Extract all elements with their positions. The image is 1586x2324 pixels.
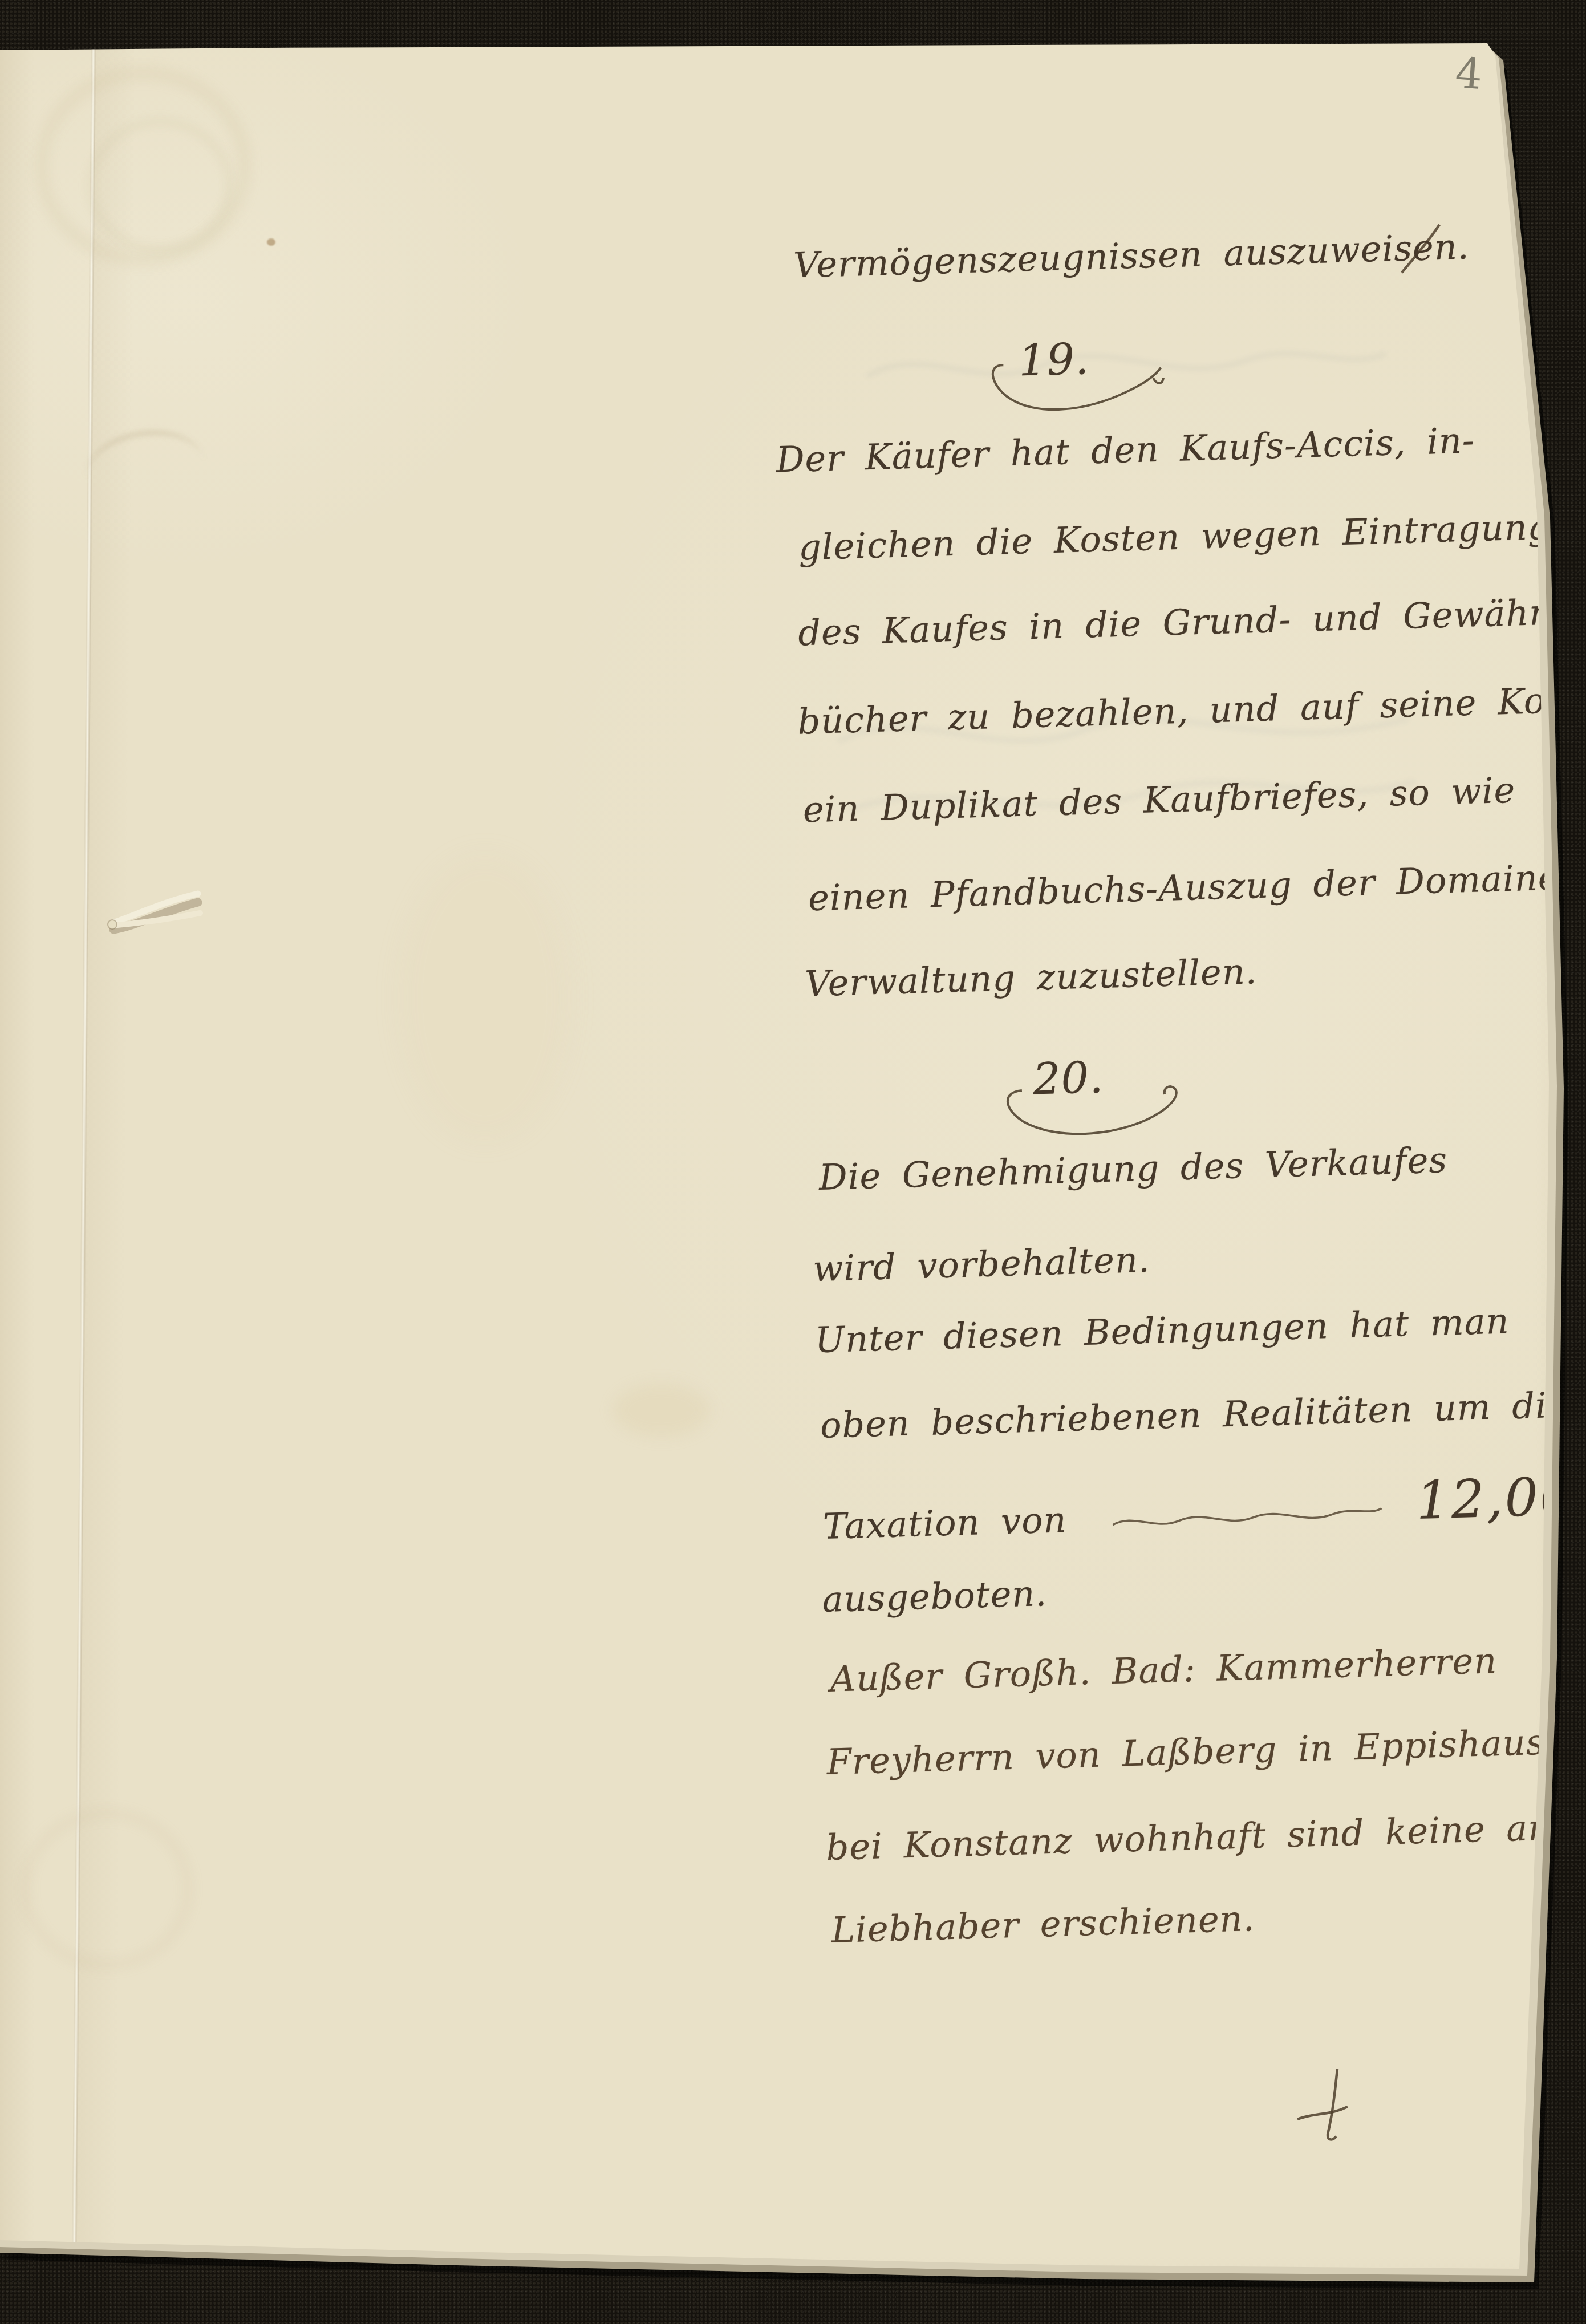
manuscript-line: Freyherrn von Laßberg in Eppishausen: [826, 1720, 1586, 1783]
manuscript-line: einen Pfandbuchs-Auszug der Domainen-: [808, 855, 1586, 919]
manuscript-line: Vermögenszeugnissen auszuweisen.: [793, 226, 1470, 286]
manuscript-line: oben beschriebenen Realitäten um die: [820, 1384, 1569, 1446]
section-heading-20: 20.: [1032, 1052, 1104, 1104]
water-stain-ring: [86, 117, 234, 254]
manuscript-line: Liebhaber erschienen.: [831, 1897, 1255, 1951]
amount-label: Taxation von: [822, 1499, 1067, 1547]
manuscript-line: Die Genehmigung des Verkaufes: [818, 1139, 1448, 1198]
binding-thread: [106, 887, 208, 961]
manuscript-line: wird vorbehalten.: [812, 1239, 1150, 1289]
ink-spot: [267, 238, 275, 246]
section-number: 20.: [1032, 1052, 1104, 1104]
manuscript-line: Verwaltung zuzustellen.: [804, 950, 1258, 1004]
manuscript-line: ausgeboten.: [822, 1572, 1048, 1620]
manuscript-text-column: Vermögenszeugnissen auszuweisen. 19. Der…: [764, 217, 1586, 2006]
manuscript-line: Der Käufer hat den Kaufs-Accis, in-: [776, 419, 1475, 480]
age-blotch: [399, 855, 570, 1141]
section-heading-19: 19.: [1018, 333, 1090, 386]
water-stain-ring: [20, 1808, 194, 1970]
manuscript-line: Außer Großh. Bad: Kammerherren: [830, 1640, 1498, 1700]
manuscript-line: gleichen die Kosten wegen Eintragung: [798, 506, 1551, 569]
manuscript-line: bei Konstanz wohnhaft sind keine andern: [826, 1804, 1586, 1868]
section-number: 19.: [1018, 333, 1090, 386]
manuscript-page: 4 Vermögenszeugnissen auszuweisen. 19. D…: [0, 0, 1586, 2324]
manuscript-line-amount: Taxation von 12,000 f.: [822, 1466, 1586, 1551]
filler-squiggle: [1110, 1498, 1384, 1537]
ink-flourish-mark: [1292, 2065, 1354, 2150]
manuscript-line: des Kaufes in die Grund- und Gewähr-: [797, 591, 1560, 654]
age-blotch: [613, 1383, 710, 1437]
manuscript-line: ein Duplikat des Kaufbriefes, so wie: [802, 769, 1516, 831]
manuscript-line: Unter diesen Bedingungen hat man: [814, 1300, 1510, 1361]
manuscript-line: bücher zu bezahlen, und auf seine Kosten: [797, 678, 1586, 742]
scan-background: { "palette": { "background": "#15120d", …: [0, 0, 1586, 2324]
